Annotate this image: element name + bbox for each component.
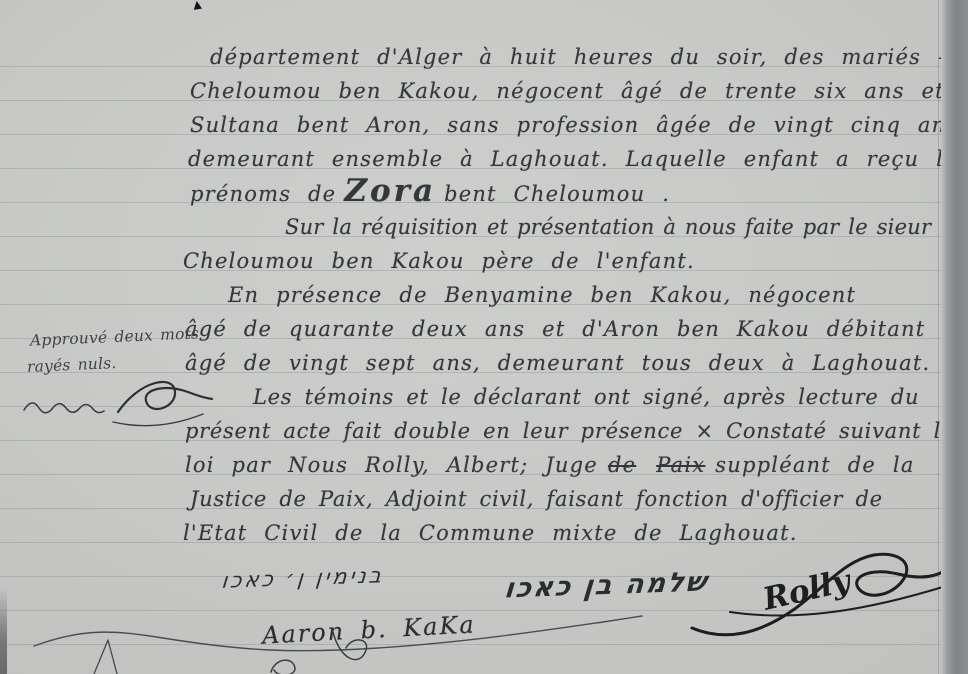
officer-signature-text: Rolly [759, 562, 856, 618]
manuscript-line: Cheloumou ben Kakou, négocent âgé de tre… [190, 78, 945, 104]
struck-word: Paix [656, 453, 705, 477]
manuscript-line: Les témoins et le déclarant ont signé, a… [253, 384, 919, 410]
manuscript-line: âgé de quarante deux ans et d'Aron ben K… [185, 316, 925, 342]
manuscript-line: prénoms deZorabent Cheloumou . [190, 178, 670, 207]
manuscript-line: l'Etat Civil de la Commune mixte de Lagh… [183, 520, 798, 546]
struck-word: de [608, 453, 636, 477]
manuscript-line: âgé de vingt sept ans, demeurant tous de… [185, 350, 930, 376]
manuscript-line: loi par Nous Rolly, Albert; JugedePaixsu… [185, 452, 915, 478]
scanned-register-page: ▲ département d'Alger à huit heures du s… [0, 0, 968, 674]
line-pre: prénoms de [190, 182, 336, 206]
manuscript-line: présent acte fait double en leur présenc… [185, 418, 954, 444]
manuscript-line: Cheloumou ben Kakou père de l'enfant. [183, 248, 695, 274]
line-pre: loi par Nous Rolly, Albert; Juge [185, 453, 598, 477]
page-edge-right [941, 0, 968, 674]
margin-paraph-flourish [18, 372, 218, 432]
manuscript-line: département d'Alger à huit heures du soi… [210, 44, 968, 70]
manuscript-line: Justice de Paix, Adjoint civil, faisant … [190, 486, 883, 512]
manuscript-line: Sultana bent Aron, sans profession âgée … [190, 112, 958, 138]
manuscript-line: Sur la réquisition et présentation à nou… [285, 214, 931, 240]
bottom-flourish [28, 598, 653, 674]
line-post: suppléant de la [715, 453, 914, 477]
manuscript-line: demeurant ensemble à Laghouat. Laquelle … [188, 146, 968, 172]
caret-mark: ▲ [192, 0, 202, 12]
child-name: Zora [344, 173, 436, 209]
page-edge-left [0, 588, 7, 674]
manuscript-line: En présence de Benyamine ben Kakou, négo… [228, 282, 856, 308]
signature-officer-flourish: Rolly [678, 548, 968, 643]
line-post: bent Cheloumou . [444, 182, 670, 206]
